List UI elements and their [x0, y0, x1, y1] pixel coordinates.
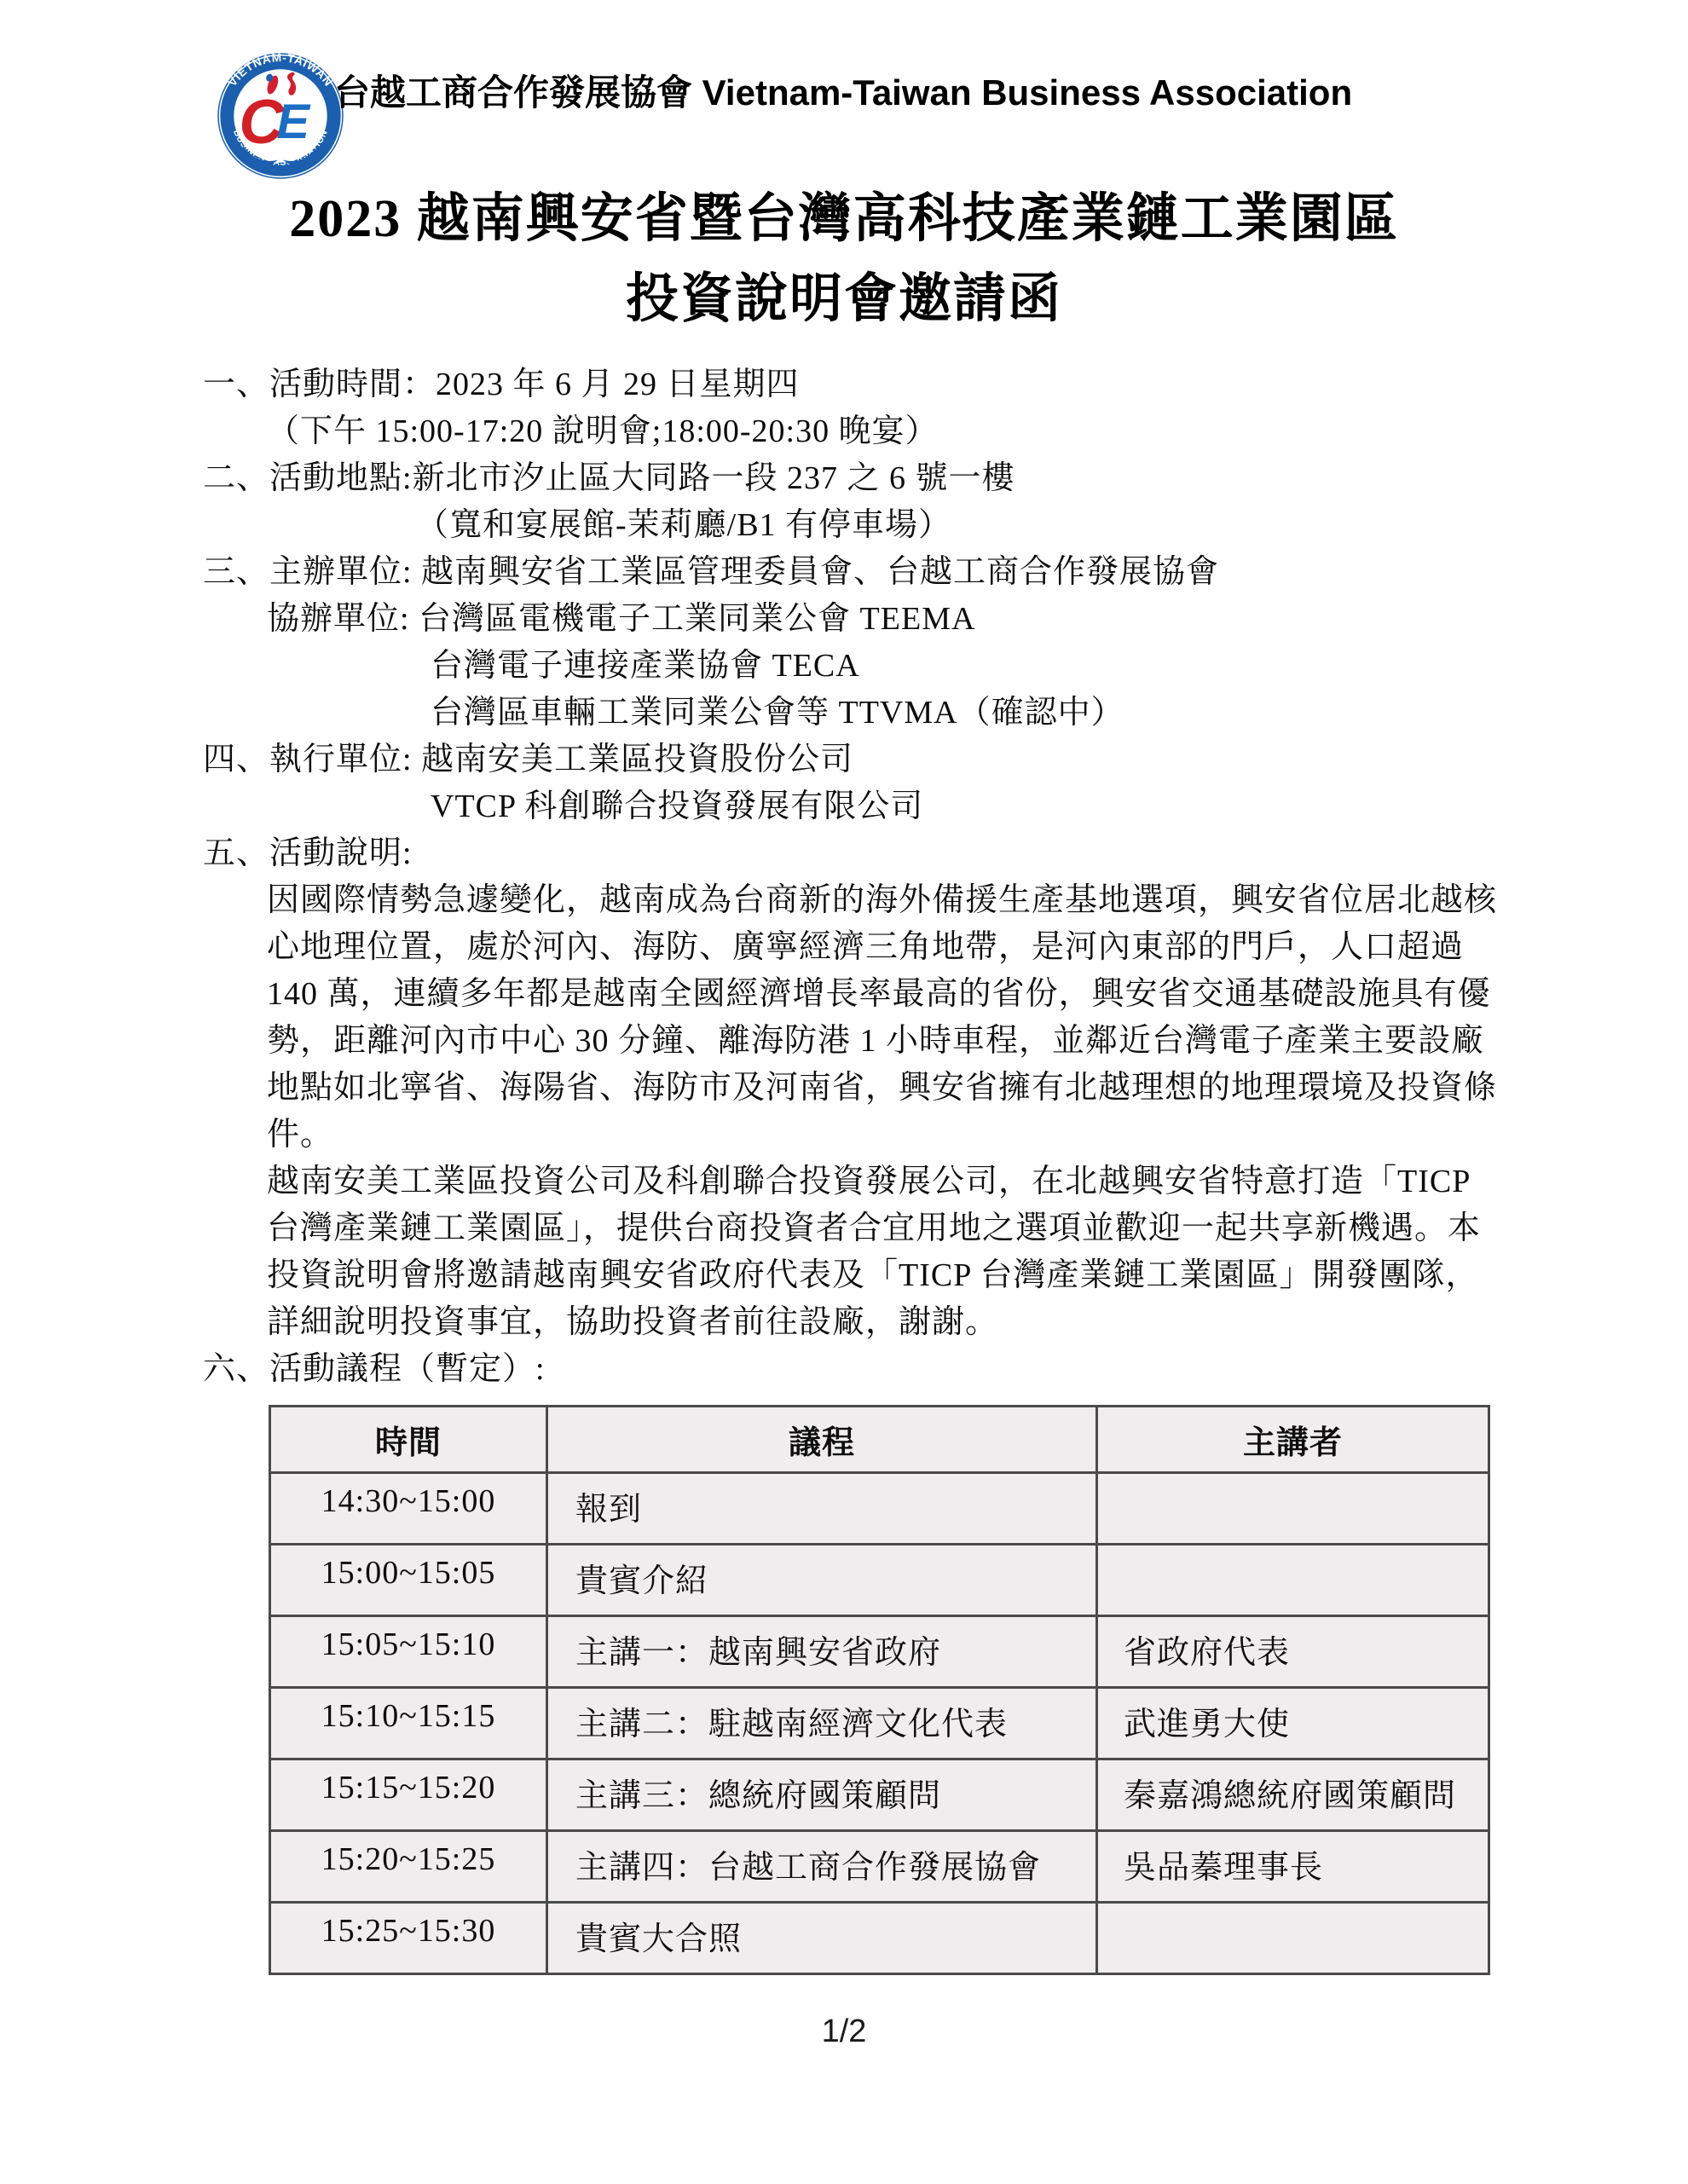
agenda-speaker — [1097, 1473, 1489, 1545]
item-co-organizer-3: 台灣區車輛工業同業公會等 TTVMA（確認中） — [431, 690, 1688, 737]
agenda-topic: 主講四：台越工商合作發展協會 — [547, 1831, 1097, 1903]
agenda-table: 時間 議程 主講者 14:30~15:00 報到 15:00~15:05 貴賓介… — [269, 1405, 1490, 1975]
document-page: VIETNAM-TAIWAN BUSINESS ASSOCIATION C E … — [0, 0, 1688, 2184]
agenda-row: 15:10~15:15 主講二：駐越南經濟文化代表 武進勇大使 — [270, 1688, 1489, 1759]
item-description-label: 五、活動說明: — [203, 830, 1688, 877]
item-organizers: 三、主辦單位: 越南興安省工業區管理委員會、台越工商合作發展協會 — [203, 549, 1688, 596]
item-executor-2: VTCP 科創聯合投資發展有限公司 — [431, 783, 1688, 830]
vtba-logo-icon: VIETNAM-TAIWAN BUSINESS ASSOCIATION C E — [216, 51, 345, 181]
description-line-8: 台灣產業鏈工業園區」，提供台商投資者合宜用地之選項並歡迎一起共享新機遇。本 — [267, 1205, 1688, 1252]
agenda-speaker — [1097, 1545, 1489, 1616]
agenda-time: 14:30~15:00 — [270, 1473, 547, 1545]
agenda-topic: 主講二：駐越南經濟文化代表 — [547, 1688, 1097, 1759]
agenda-topic: 貴賓大合照 — [547, 1903, 1097, 1974]
item-event-time: 一、活動時間：2023 年 6 月 29 日星期四 — [203, 361, 1688, 408]
description-line-3: 140 萬，連續多年都是越南全國經濟增長率最高的省份，興安省交通基礎設施具有優 — [267, 971, 1688, 1018]
org-name: 台越工商合作發展協會 Vietnam-Taiwan Business Assoc… — [334, 65, 1352, 116]
item-co-organizer-2: 台灣電子連接產業協會 TECA — [431, 643, 1688, 690]
agenda-speaker: 武進勇大使 — [1097, 1688, 1489, 1759]
logo-monogram-e: E — [276, 95, 310, 149]
agenda-topic: 貴賓介紹 — [547, 1545, 1097, 1616]
description-line-7: 越南安美工業區投資公司及科創聯合投資發展公司，在北越興安省特意打造「TICP — [267, 1158, 1688, 1205]
agenda-header-row: 時間 議程 主講者 — [270, 1407, 1489, 1473]
vtba-logo: VIETNAM-TAIWAN BUSINESS ASSOCIATION C E — [216, 51, 345, 181]
item-agenda-label: 六、活動議程（暫定）: — [203, 1346, 1688, 1393]
agenda-time: 15:25~15:30 — [270, 1903, 547, 1974]
agenda-time: 15:15~15:20 — [270, 1759, 547, 1831]
document-body: 一、活動時間：2023 年 6 月 29 日星期四 （下午 15:00-17:2… — [0, 361, 1688, 1975]
agenda-time: 15:05~15:10 — [270, 1616, 547, 1688]
agenda-row: 15:20~15:25 主講四：台越工商合作發展協會 吳品蓁理事長 — [270, 1831, 1489, 1903]
agenda-header-topic: 議程 — [547, 1407, 1097, 1473]
description-line-6: 件。 — [267, 1112, 1688, 1158]
item-event-place: 二、活動地點:新北市汐止區大同路一段 237 之 6 號一樓 — [203, 455, 1688, 502]
agenda-row: 15:25~15:30 貴賓大合照 — [270, 1903, 1489, 1974]
doc-title-line2: 投資說明會邀請函 — [0, 256, 1688, 332]
description-line-9: 投資說明會將邀請越南興安省政府代表及「TICP 台灣產業鏈工業園區」開發團隊， — [267, 1252, 1688, 1299]
agenda-time: 15:20~15:25 — [270, 1831, 547, 1903]
item-event-time-detail: （下午 15:00-17:20 說明會;18:00-20:30 晚宴） — [267, 408, 1688, 455]
agenda-speaker: 省政府代表 — [1097, 1616, 1489, 1688]
agenda-row: 14:30~15:00 報到 — [270, 1473, 1489, 1545]
description-line-2: 心地理位置，處於河內、海防、廣寧經濟三角地帶，是河內東部的門戶，人口超過 — [267, 924, 1688, 971]
agenda-topic: 報到 — [547, 1473, 1097, 1545]
item-executor-1: 四、執行單位: 越南安美工業區投資股份公司 — [203, 737, 1688, 783]
agenda-topic: 主講三：總統府國策顧問 — [547, 1759, 1097, 1831]
agenda-header-speaker: 主講者 — [1097, 1407, 1489, 1473]
agenda-row: 15:05~15:10 主講一：越南興安省政府 省政府代表 — [270, 1616, 1489, 1688]
agenda-speaker — [1097, 1903, 1489, 1974]
page-number: 1/2 — [0, 2014, 1688, 2050]
item-event-place-note: （寬和宴展館-茉莉廳/B1 有停車場） — [416, 502, 1688, 549]
agenda-header-time: 時間 — [270, 1407, 547, 1473]
description-line-1: 因國際情勢急遽變化，越南成為台商新的海外備援生產基地選項，興安省位居北越核 — [267, 877, 1688, 924]
agenda-time: 15:10~15:15 — [270, 1688, 547, 1759]
description-line-4: 勢，距離河內市中心 30 分鐘、離海防港 1 小時車程，並鄰近台灣電子產業主要設… — [267, 1018, 1688, 1065]
doc-title-line1: 2023 越南興安省暨台灣高科技產業鏈工業園區 — [0, 176, 1688, 251]
description-line-5: 地點如北寧省、海陽省、海防市及河南省，興安省擁有北越理想的地理環境及投資條 — [267, 1065, 1688, 1112]
description-line-10: 詳細說明投資事宜，協助投資者前往設廠，謝謝。 — [267, 1299, 1688, 1346]
agenda-speaker: 吳品蓁理事長 — [1097, 1831, 1489, 1903]
agenda-topic: 主講一：越南興安省政府 — [547, 1616, 1097, 1688]
agenda-row: 15:15~15:20 主講三：總統府國策顧問 秦嘉鴻總統府國策顧問 — [270, 1759, 1489, 1831]
agenda-speaker: 秦嘉鴻總統府國策顧問 — [1097, 1759, 1489, 1831]
agenda-row: 15:00~15:05 貴賓介紹 — [270, 1545, 1489, 1616]
agenda-time: 15:00~15:05 — [270, 1545, 547, 1616]
item-co-organizer-1: 協辦單位: 台灣區電機電子工業同業公會 TEEMA — [267, 596, 1688, 643]
